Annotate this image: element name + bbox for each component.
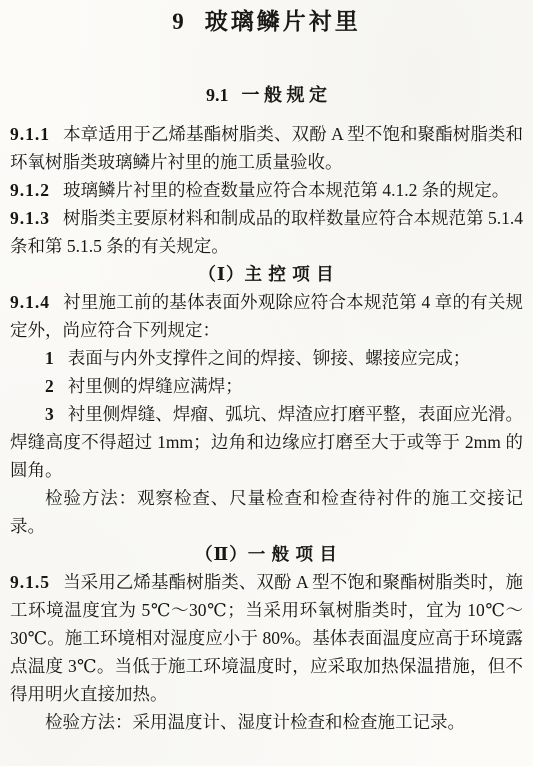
paragraph-text: 检验方法：观察检查、尺量检查和检查待衬件的施工交接记录。 <box>10 488 523 536</box>
paragraph-text: （Ⅰ）主 控 项 目 <box>198 264 334 284</box>
paragraph-text: 衬里侧焊缝、焊瘤、弧坑、焊渣应打磨平整，表面应光滑。焊缝高度不得超过 1mm；边… <box>10 404 523 480</box>
paragraph-text: （Ⅱ）一 般 项 目 <box>195 544 338 564</box>
section-title: 一 般 规 定 <box>242 85 328 105</box>
clause-paragraph: 9.1.3树脂类主要原材料和制成品的取样数量应符合本规范第 5.1.4 条和第 … <box>10 204 523 260</box>
list-item-paragraph: 2衬里侧的焊缝应满焊； <box>10 372 523 400</box>
inspection-method-paragraph: 检验方法：观察检查、尺量检查和检查待衬件的施工交接记录。 <box>10 484 523 540</box>
section-number: 9.1 <box>206 85 229 105</box>
clause-paragraph: 9.1.5当采用乙烯基酯树脂类、双酚 A 型不饱和聚酯树脂类时，施工环境温度宜为… <box>10 568 523 708</box>
document-page: 9玻璃鳞片衬里 9.1一 般 规 定 9.1.1本章适用于乙烯基酯树脂类、双酚 … <box>0 0 533 766</box>
paragraph-text: 当采用乙烯基酯树脂类、双酚 A 型不饱和聚酯树脂类时，施工环境温度宜为 5℃～3… <box>10 572 523 704</box>
paragraph-text: 衬里侧的焊缝应满焊； <box>68 376 243 396</box>
item-number: 3 <box>45 404 55 424</box>
clause-number: 9.1.5 <box>10 572 50 592</box>
clause-paragraph: 9.1.4衬里施工前的基体表面外观除应符合本规范第 4 章的有关规定外，尚应符合… <box>10 288 523 344</box>
clause-number: 9.1.2 <box>10 180 50 200</box>
clause-number: 9.1.1 <box>10 124 50 144</box>
paragraph-text: 衬里施工前的基体表面外观除应符合本规范第 4 章的有关规定外，尚应符合下列规定： <box>10 292 523 340</box>
clause-paragraph: 9.1.2玻璃鳞片衬里的检查数量应符合本规范第 4.1.2 条的规定。 <box>10 176 523 204</box>
sub-section-heading: （Ⅱ）一 般 项 目 <box>10 540 523 568</box>
paragraph-text: 表面与内外支撑件之间的焊接、铆接、螺接应完成； <box>68 348 471 368</box>
list-item-paragraph: 1表面与内外支撑件之间的焊接、铆接、螺接应完成； <box>10 344 523 372</box>
list-item-paragraph: 3衬里侧焊缝、焊瘤、弧坑、焊渣应打磨平整，表面应光滑。焊缝高度不得超过 1mm；… <box>10 400 523 484</box>
paragraph-text: 本章适用于乙烯基酯树脂类、双酚 A 型不饱和聚酯树脂类和环氧树脂类玻璃鳞片衬里的… <box>10 124 523 172</box>
chapter-heading: 9玻璃鳞片衬里 <box>10 6 523 38</box>
clause-number: 9.1.4 <box>10 292 50 312</box>
item-number: 1 <box>45 348 55 368</box>
chapter-title: 玻璃鳞片衬里 <box>205 9 361 34</box>
sub-section-heading: （Ⅰ）主 控 项 目 <box>10 260 523 288</box>
paragraph-text: 树脂类主要原材料和制成品的取样数量应符合本规范第 5.1.4 条和第 5.1.5… <box>10 208 523 256</box>
paragraph-text: 检验方法：采用温度计、湿度计检查和检查施工记录。 <box>45 712 465 732</box>
clause-paragraph: 9.1.1本章适用于乙烯基酯树脂类、双酚 A 型不饱和聚酯树脂类和环氧树脂类玻璃… <box>10 120 523 176</box>
item-number: 2 <box>45 376 55 396</box>
inspection-method-paragraph: 检验方法：采用温度计、湿度计检查和检查施工记录。 <box>10 708 523 736</box>
document-body: 9.1.1本章适用于乙烯基酯树脂类、双酚 A 型不饱和聚酯树脂类和环氧树脂类玻璃… <box>10 120 523 736</box>
clause-number: 9.1.3 <box>10 208 50 228</box>
section-heading: 9.1一 般 规 定 <box>10 84 523 106</box>
paragraph-text: 玻璃鳞片衬里的检查数量应符合本规范第 4.1.2 条的规定。 <box>63 180 509 200</box>
chapter-number: 9 <box>172 9 185 34</box>
